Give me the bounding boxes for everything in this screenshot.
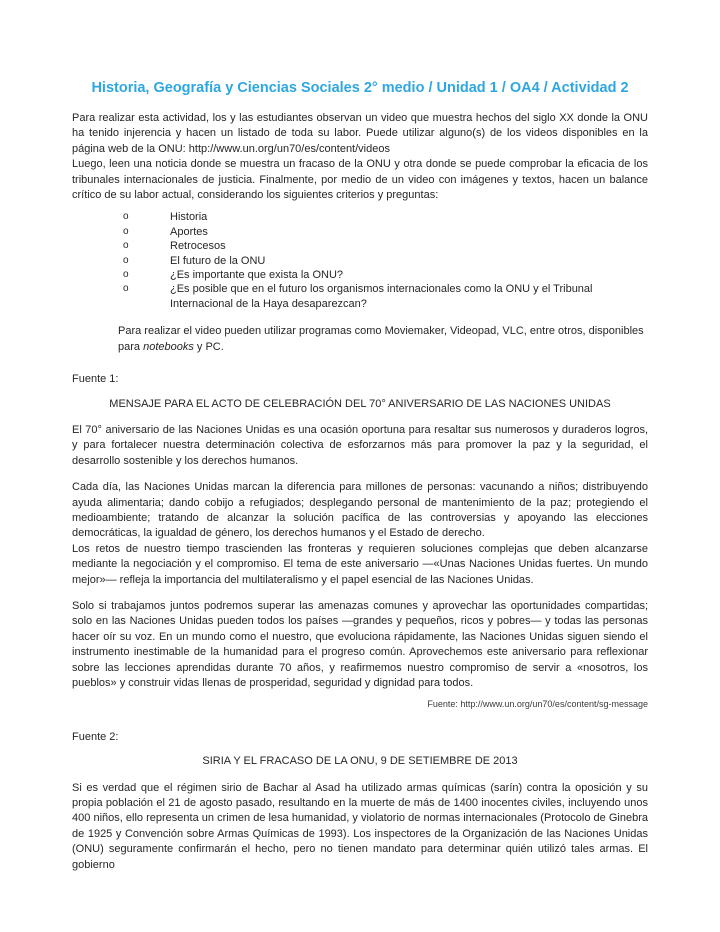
list-item: o Aportes (123, 225, 648, 239)
bullet-icon: o (123, 239, 170, 253)
criteria-text: Aportes (170, 225, 648, 239)
criteria-text: Retrocesos (170, 239, 648, 253)
video-tools-note-notebooks: notebooks (143, 341, 194, 353)
document-page: Historia, Geografía y Ciencias Sociales … (0, 0, 720, 932)
page-title: Historia, Geografía y Ciencias Sociales … (72, 80, 648, 96)
list-item: o El futuro de la ONU (123, 254, 648, 268)
bullet-icon: o (123, 210, 170, 224)
list-item: o Retrocesos (123, 239, 648, 253)
fuente2-paragraph-1: Si es verdad que el régimen sirio de Bac… (72, 781, 648, 873)
list-item: o ¿Es importante que exista la ONU? (123, 268, 648, 282)
fuente1-paragraph-1: El 70° aniversario de las Naciones Unida… (72, 423, 648, 469)
fuente1-paragraph-3: Los retos de nuestro tiempo trascienden … (72, 542, 648, 588)
criteria-text: ¿Es importante que exista la ONU? (170, 268, 648, 282)
activity-intro-paragraph-1: Para realizar esta actividad, los y las … (72, 111, 648, 157)
fuente1-heading: MENSAJE PARA EL ACTO DE CELEBRACIÓN DEL … (72, 397, 648, 412)
video-tools-note: Para realizar el video pueden utilizar p… (118, 324, 648, 355)
list-item: o Historia (123, 210, 648, 224)
bullet-icon: o (123, 268, 170, 282)
criteria-text: El futuro de la ONU (170, 254, 648, 268)
fuente1-source-url: Fuente: http://www.un.org/un70/es/conten… (72, 697, 648, 712)
fuente2-label: Fuente 2: (72, 730, 648, 745)
video-tools-note-post: y PC. (194, 341, 224, 353)
bullet-icon: o (123, 254, 170, 268)
bullet-icon: o (123, 225, 170, 239)
activity-intro-paragraph-2: Luego, leen una noticia donde se muestra… (72, 157, 648, 203)
fuente2-heading: SIRIA Y EL FRACASO DE LA ONU, 9 DE SETIE… (72, 754, 648, 769)
criteria-text: ¿Es posible que en el futuro los organis… (170, 282, 648, 311)
fuente1-paragraph-2: Cada día, las Naciones Unidas marcan la … (72, 480, 648, 542)
list-item: o ¿Es posible que en el futuro los organ… (123, 282, 648, 311)
fuente1-paragraph-4: Solo si trabajamos juntos podremos super… (72, 599, 648, 691)
bullet-icon: o (123, 282, 170, 296)
fuente1-label: Fuente 1: (72, 372, 648, 387)
criteria-text: Historia (170, 210, 648, 224)
criteria-list: o Historia o Aportes o Retrocesos o El f… (72, 210, 648, 311)
